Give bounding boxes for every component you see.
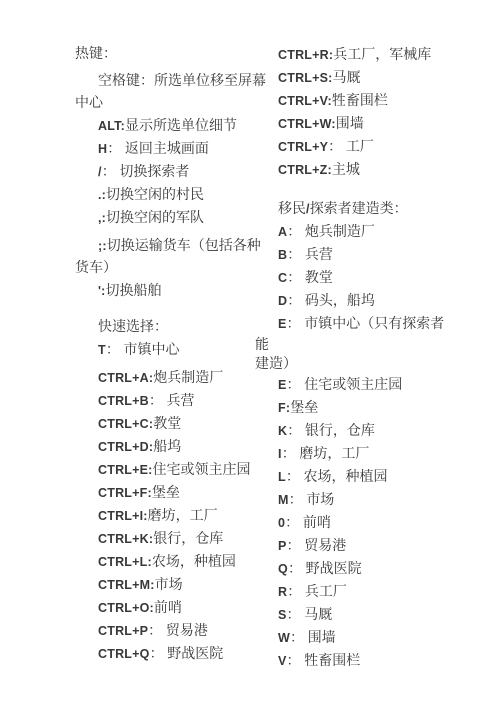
text-line: D： 码头，船坞 bbox=[255, 290, 480, 313]
text-line: CTRL+S:马厩 bbox=[255, 67, 480, 90]
key-name: CTRL+M: bbox=[98, 578, 155, 592]
key-name: CTRL+F: bbox=[98, 486, 152, 500]
key-name bbox=[301, 654, 305, 668]
key-name: L bbox=[278, 470, 286, 484]
key-name bbox=[301, 225, 305, 239]
key-name: H bbox=[98, 142, 107, 156]
key-name: CTRL+S: bbox=[278, 71, 333, 85]
key-name: CTRL+L: bbox=[98, 555, 152, 569]
text-line: F:堡垒 bbox=[255, 397, 480, 420]
key-name bbox=[116, 165, 120, 179]
key-name: V bbox=[278, 654, 287, 668]
key-name: CTRL+I: bbox=[98, 509, 148, 523]
key-name: 0 bbox=[278, 516, 285, 530]
key-name: CTRL+W: bbox=[278, 117, 336, 131]
text-line: L： 农场，种植园 bbox=[255, 466, 480, 489]
key-name bbox=[301, 294, 305, 308]
text-line: P： 贸易港 bbox=[255, 535, 480, 558]
key-name: Q bbox=[278, 562, 288, 576]
key-name: P bbox=[278, 539, 287, 553]
key-name: / bbox=[306, 202, 310, 216]
key-name: B bbox=[278, 248, 287, 262]
key-name bbox=[304, 631, 308, 645]
key-name: CTRL+Q bbox=[98, 647, 150, 661]
key-name: CTRL+O: bbox=[98, 601, 154, 615]
key-name bbox=[301, 248, 305, 262]
text-line: S： 马厩 bbox=[255, 604, 480, 627]
key-name: CTRL+A: bbox=[98, 371, 153, 385]
key-name: C bbox=[278, 271, 287, 285]
text-line: 移民/探索者建造类： bbox=[255, 198, 480, 221]
text-line: CTRL+Y： 工厂 bbox=[255, 136, 480, 159]
key-name bbox=[163, 394, 167, 408]
hotkey-list-right-column: CTRL+R:兵工厂，军械库CTRL+S:马厩CTRL+V:牲畜围栏CTRL+W… bbox=[255, 44, 480, 673]
key-name: T bbox=[98, 343, 106, 357]
text-line: C： 教堂 bbox=[255, 267, 480, 290]
key-name bbox=[301, 539, 305, 553]
key-name bbox=[342, 140, 346, 154]
key-name bbox=[164, 647, 168, 661]
text-line: B： 兵营 bbox=[255, 244, 480, 267]
key-name: ,: bbox=[98, 211, 106, 225]
key-name bbox=[301, 317, 305, 331]
key-name bbox=[302, 562, 306, 576]
key-name bbox=[303, 493, 307, 507]
key-name: W bbox=[278, 631, 290, 645]
key-name: CTRL+R: bbox=[278, 48, 333, 62]
key-name bbox=[299, 516, 303, 530]
key-name bbox=[301, 585, 305, 599]
key-name: R bbox=[278, 585, 287, 599]
text-line: W： 围墙 bbox=[255, 627, 480, 650]
text-line: M： 市场 bbox=[255, 489, 480, 512]
key-name: CTRL+Z: bbox=[278, 163, 332, 177]
document-page: 热键：空格键：所选单位移至屏幕中心ALT:显示所选单位细节H： 返回主城画面/：… bbox=[0, 0, 500, 707]
text-line: CTRL+R:兵工厂，军械库 bbox=[255, 44, 480, 67]
key-name: CTRL+Y bbox=[278, 140, 328, 154]
key-name bbox=[296, 447, 300, 461]
text-line: CTRL+V:牲畜围栏 bbox=[255, 90, 480, 113]
key-name: ;: bbox=[98, 239, 107, 253]
text-line: 建造） bbox=[255, 355, 480, 374]
key-name bbox=[301, 271, 305, 285]
key-name bbox=[301, 608, 305, 622]
key-name: E bbox=[278, 317, 287, 331]
key-name bbox=[162, 624, 166, 638]
text-line: K： 银行，仓库 bbox=[255, 420, 480, 443]
text-line: 0： 前哨 bbox=[255, 512, 480, 535]
key-name: CTRL+B bbox=[98, 394, 149, 408]
key-name: ALT: bbox=[98, 119, 125, 133]
text-line: R： 兵工厂 bbox=[255, 581, 480, 604]
key-name: K bbox=[278, 424, 287, 438]
key-name: D bbox=[278, 294, 287, 308]
key-name bbox=[301, 424, 305, 438]
key-name: CTRL+D: bbox=[98, 440, 153, 454]
key-name: S bbox=[278, 608, 287, 622]
text-line: V： 牲畜围栏 bbox=[255, 650, 480, 673]
key-name: E bbox=[278, 378, 287, 392]
text-line: Q： 野战医院 bbox=[255, 558, 480, 581]
key-name: CTRL+E: bbox=[98, 463, 153, 477]
key-name: ': bbox=[98, 284, 106, 298]
key-name bbox=[120, 343, 124, 357]
key-name: .: bbox=[98, 188, 106, 202]
key-name bbox=[121, 142, 125, 156]
text-line: CTRL+Z:主城 bbox=[255, 159, 480, 182]
text-line: A： 炮兵制造厂 bbox=[255, 221, 480, 244]
key-name: / bbox=[98, 165, 102, 179]
text-line: E： 市镇中心（只有探索者 bbox=[255, 313, 480, 336]
key-name: CTRL+K: bbox=[98, 532, 153, 546]
key-name: CTRL+V: bbox=[278, 94, 332, 108]
key-name bbox=[300, 470, 304, 484]
text-line: I： 磨坊，工厂 bbox=[255, 443, 480, 466]
key-name: CTRL+C: bbox=[98, 417, 153, 431]
key-name: CTRL+P bbox=[98, 624, 148, 638]
key-name: F: bbox=[278, 401, 290, 415]
text-line: E： 住宅或领主庄园 bbox=[255, 374, 480, 397]
key-name: M bbox=[278, 493, 289, 507]
key-name bbox=[301, 378, 305, 392]
text-line: 能 bbox=[255, 336, 480, 355]
text-line: CTRL+W:围墙 bbox=[255, 113, 480, 136]
key-name: I bbox=[278, 447, 282, 461]
key-name: A bbox=[278, 225, 287, 239]
